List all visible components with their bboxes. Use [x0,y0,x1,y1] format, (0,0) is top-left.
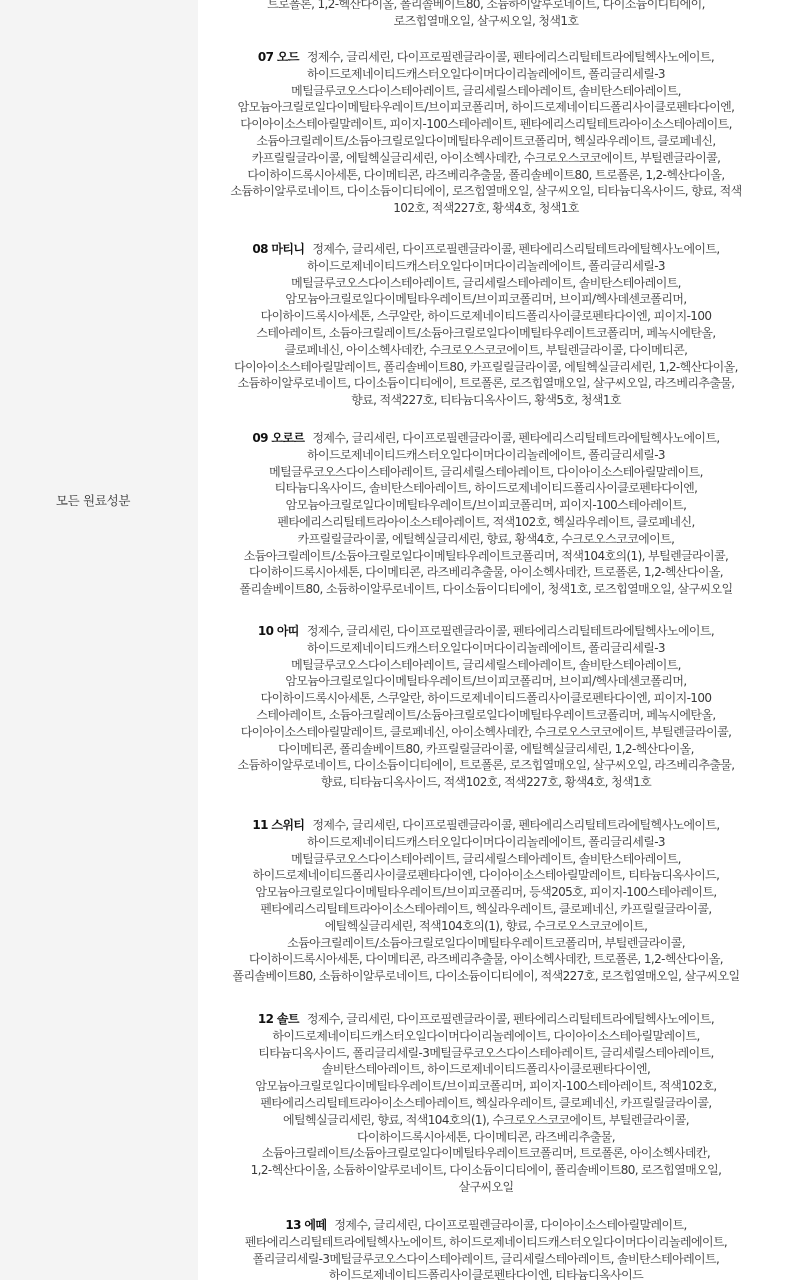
ingredient-line: 다이아이소스테아릴말레이트, 클로페네신, 아이소헥사데칸, 수크로오스코코에이… [204,724,768,741]
ingredient-line: 암모늄아크릴로일다이메틸타우레이트/브이피코폴리머, 브이피/헥사데센코폴리머, [204,673,768,690]
shade-name: 12 솔트 [258,1012,299,1026]
ingredient-line: 소듐아크릴레이트/소듐아크릴로일다이메틸타우레이트코폴리머, 헥실라우레이트, … [204,133,768,150]
ingredient-line: 소듐아크릴레이트/소듐아크릴로일다이메틸타우레이트코폴리머, 트로폴론, 아이소… [204,1145,768,1162]
ingredient-line: 티타늄디옥사이드, 폴리글리세릴-3메틸글루코오스다이스테아레이트, 글리세릴스… [204,1045,768,1062]
ingredient-line: 다이아이소스테아릴말레이트, 피이지-100스테아레이트, 펜타에리스리틸테트라… [204,116,768,133]
ingredient-line: 정제수, 글리세린, 다이프로필렌글라이콜, 펜타에리스리틸테트라에틸헥사노에이… [307,624,714,638]
ingredient-line: 하이드로제네이티드캐스터오일다이머다이리놀레에이트, 폴리글리세릴-3 [204,447,768,464]
ingredient-line: 메틸글루코오스다이스테아레이트, 글리세릴스테아레이트, 다이아이소스테아릴말레… [204,464,768,481]
ingredient-line: 펜타에리스리틸테트라아이소스테아레이트, 헥실라우레이트, 클로페네신, 카프릴… [204,1095,768,1112]
label-column: 모든 원료성분 [0,0,198,1280]
ingredient-block-12: 12 솔트정제수, 글리세린, 다이프로필렌글라이콜, 펜타에리스리틸테트라에틸… [204,1011,768,1196]
ingredient-line: 소듐아크릴레이트/소듐아크릴로일다이메틸타우레이트코폴리머, 부틸렌글라이콜, [204,935,768,952]
ingredient-line: 향료, 적색227호, 티타늄디옥사이드, 황색5호, 청색1호 [204,392,768,409]
ingredient-line: 하이드로제네이티드폴리사이클로펜타다이엔, 다이아이소스테아릴말레이트, 티타늄… [204,867,768,884]
ingredient-line: 에틸헥실글리세린, 적색104호의(1), 향료, 수크로오스코코에이트, [204,918,768,935]
ingredient-line: 하이드로제네이티드캐스터오일다이머다이리놀레에이트, 다이아이소스테아릴말레이트… [204,1028,768,1045]
ingredient-line: 정제수, 글리세린, 다이프로필렌글라이콜, 펜타에리스리틸테트라에틸헥사노에이… [307,50,714,64]
ingredient-line: 하이드로제네이티드캐스터오일다이머다이리놀레에이트, 폴리글리세릴-3 [204,834,768,851]
ingredient-line: 향료, 티타늄디옥사이드, 적색102호, 적색227호, 황색4호, 청색1호 [204,774,768,791]
ingredient-line: 소듐하이알루로네이트, 다이소듐이디티에이, 로즈힙열매오일, 살구씨오일, 티… [204,183,768,200]
shade-name: 08 마티니 [252,242,304,256]
ingredient-line: 정제수, 글리세린, 다이프로필렌글라이콜, 펜타에리스리틸테트라에틸헥사노에이… [312,242,719,256]
ingredient-line: 펜타에리스리틸테트라아이소스테아레이트, 적색102호, 헥실라우레이트, 클로… [204,514,768,531]
section-label: 모든 원료성분 [0,491,186,509]
ingredient-line: 카프릴릴글라이콜, 에틸헥실글리세린, 향료, 황색4호, 수크로오스코코에이트… [204,531,768,548]
ingredient-block-13: 13 에떼정제수, 글리세린, 다이프로필렌글라이콜, 다이아이소스테아릴말레이… [204,1217,768,1280]
ingredient-line: 펜타에리스리틸테트라아이소스테아레이트, 헥실라우레이트, 클로페네신, 카프릴… [204,901,768,918]
ingredient-line: 소듐하이알루로네이트, 다이소듐이디티에이, 트로폴론, 로즈힙열매오일, 살구… [204,375,768,392]
ingredient-line: 다이아이소스테아릴말레이트, 폴리솔베이트80, 카프릴릴글라이콜, 에틸헥실글… [204,359,768,376]
ingredient-line: 하이드로제네이티드캐스터오일다이머다이리놀레에이트, 폴리글리세릴-3 [204,258,768,275]
ingredient-line: 정제수, 글리세린, 다이프로필렌글라이콜, 다이아이소스테아릴말레이트, [334,1218,686,1232]
ingredient-line: 폴리글리세릴-3메틸글루코오스다이스테아레이트, 글리세릴스테아레이트, 솔비탄… [204,1251,768,1268]
ingredients-spec-table: 모든 원료성분 트로폴론, 1,2-헥산다이올, 폴리솔베이트80, 소듐하이알… [0,0,800,1280]
shade-name: 13 에떼 [285,1218,326,1232]
ingredient-line: 폴리솔베이트80, 소듐하이알루로네이트, 다이소듐이디티에이, 적색227호,… [204,968,768,985]
ingredient-line: 스테아레이트, 소듐아크릴레이트/소듐아크릴로일다이메틸타우레이트코폴리머, 페… [204,707,768,724]
ingredient-line: 메틸글루코오스다이스테아레이트, 글리세릴스테아레이트, 솔비탄스테아레이트, [204,275,768,292]
ingredient-line: 스테아레이트, 소듐아크릴레이트/소듐아크릴로일다이메틸타우레이트코폴리머, 페… [204,325,768,342]
ingredient-line: 다이하이드록시아세톤, 스쿠알란, 하이드로제네이티드폴리사이클로펜타다이엔, … [204,690,768,707]
ingredient-block-09: 09 오로르정제수, 글리세린, 다이프로필렌글라이콜, 펜타에리스리틸테트라에… [204,430,768,598]
ingredient-line: 다이하이드록시아세톤, 다이메티콘, 라즈베리추출물, 아이소헥사데칸, 트로폴… [204,564,768,581]
ingredient-line: 에틸헥실글리세린, 향료, 적색104호의(1), 수크로오스코코에이트, 부틸… [204,1112,768,1129]
ingredient-line: 카프릴릴글라이콜, 에틸헥실글리세린, 아이소헥사데칸, 수크로오스코코에이트,… [204,150,768,167]
ingredient-line: 폴리솔베이트80, 소듐하이알루로네이트, 다이소듐이디티에이, 청색1호, 로… [204,581,768,598]
shade-name: 11 스위티 [252,818,304,832]
ingredient-line: 암모늄아크릴로일다이메틸타우레이트/브이피코폴리머, 브이피/헥사데센코폴리머, [204,291,768,308]
ingredient-block-11: 11 스위티정제수, 글리세린, 다이프로필렌글라이콜, 펜타에리스리틸테트라에… [204,817,768,985]
ingredient-line: 정제수, 글리세린, 다이프로필렌글라이콜, 펜타에리스리틸테트라에틸헥사노에이… [312,431,719,445]
ingredient-line: 하이드로제네이티드캐스터오일다이머다이리놀레에이트, 폴리글리세릴-3 [204,66,768,83]
ingredient-line: 소듐아크릴레이트/소듐아크릴로일다이메틸타우레이트코폴리머, 적색104호의(1… [204,548,768,565]
ingredient-line: 정제수, 글리세린, 다이프로필렌글라이콜, 펜타에리스리틸테트라에틸헥사노에이… [312,818,719,832]
ingredient-line: 펜타에리스리틸테트라에틸헥사노에이트, 하이드로제네이티드캐스터오일다이머다이리… [204,1234,768,1251]
ingredient-line: 트로폴론, 1,2-헥산다이올, 폴리솔베이트80, 소듐하이알루로네이트, 다… [204,0,768,13]
ingredient-line: 티타늄디옥사이드, 솔비탄스테아레이트, 하이드로제네이티드폴리사이클로펜타다이… [204,480,768,497]
ingredient-line: 다이하이드록시아세톤, 스쿠알란, 하이드로제네이티드폴리사이클로펜타다이엔, … [204,308,768,325]
ingredient-line: 다이메티콘, 폴리솔베이트80, 카프릴릴글라이콜, 에틸헥실글리세린, 1,2… [204,741,768,758]
ingredient-line: 암모늄아크릴로일다이메틸타우레이트/브이피코폴리머, 등색205호, 피이지-1… [204,884,768,901]
ingredient-line: 다이하이드록시아세톤, 다이메티콘, 라즈베리추출물, [204,1129,768,1146]
ingredients-column: 트로폴론, 1,2-헥산다이올, 폴리솔베이트80, 소듐하이알루로네이트, 다… [198,0,800,1280]
ingredient-line: 메틸글루코오스다이스테아레이트, 글리세릴스테아레이트, 솔비탄스테아레이트, [204,83,768,100]
ingredient-line: 다이하이드록시아세톤, 다이메티콘, 라즈베리추출물, 폴리솔베이트80, 트로… [204,167,768,184]
ingredient-line: 살구씨오일 [204,1179,768,1196]
ingredient-line: 암모늄아크릴로일다이메틸타우레이트/브이피코폴리머, 피이지-100스테아레이트… [204,1078,768,1095]
shade-name: 09 오로르 [252,431,304,445]
ingredient-line: 메틸글루코오스다이스테아레이트, 글리세릴스테아레이트, 솔비탄스테아레이트, [204,657,768,674]
ingredient-line: 하이드로제네이티드캐스터오일다이머다이리놀레에이트, 폴리글리세릴-3 [204,640,768,657]
ingredient-line: 다이하이드록시아세톤, 다이메티콘, 라즈베리추출물, 아이소헥사데칸, 트로폴… [204,951,768,968]
ingredient-line: 메틸글루코오스다이스테아레이트, 글리세릴스테아레이트, 솔비탄스테아레이트, [204,851,768,868]
ingredient-block-08: 08 마티니정제수, 글리세린, 다이프로필렌글라이콜, 펜타에리스리틸테트라에… [204,241,768,409]
ingredient-line: 소듐하이알루로네이트, 다이소듐이디티에이, 트로폴론, 로즈힙열매오일, 살구… [204,757,768,774]
shade-name: 10 아띠 [258,624,299,638]
ingredient-line: 솔비탄스테아레이트, 하이드로제네이티드폴리사이클로펜타다이엔, [204,1061,768,1078]
ingredient-line: 암모늄아크릴로일다이메틸타우레이트/브이피코폴리머, 하이드로제네이티드폴리사이… [204,99,768,116]
ingredient-line: 정제수, 글리세린, 다이프로필렌글라이콜, 펜타에리스리틸테트라에틸헥사노에이… [307,1012,714,1026]
ingredient-line: 클로페네신, 아이소헥사데칸, 수크로오스코코에이트, 부틸렌글라이콜, 다이메… [204,342,768,359]
ingredient-line: 1,2-헥산다이올, 소듐하이알루로네이트, 다이소듐이디티에이, 폴리솔베이트… [204,1162,768,1179]
ingredient-line: 하이드로제네이티드폴리사이클로펜타다이엔, 티타늄디옥사이드 [204,1267,768,1280]
ingredient-block-fragment: 트로폴론, 1,2-헥산다이올, 폴리솔베이트80, 소듐하이알루로네이트, 다… [204,0,768,30]
ingredient-line: 로즈힙열매오일, 살구씨오일, 청색1호 [204,13,768,30]
ingredient-block-07: 07 오드정제수, 글리세린, 다이프로필렌글라이콜, 펜타에리스리틸테트라에틸… [204,49,768,217]
ingredient-line: 암모늄아크릴로일다이메틸타우레이트/브이피코폴리머, 피이지-100스테아레이트… [204,497,768,514]
shade-name: 07 오드 [258,50,299,64]
ingredient-block-10: 10 아띠정제수, 글리세린, 다이프로필렌글라이콜, 펜타에리스리틸테트라에틸… [204,623,768,791]
ingredient-line: 102호, 적색227호, 황색4호, 청색1호 [204,200,768,217]
